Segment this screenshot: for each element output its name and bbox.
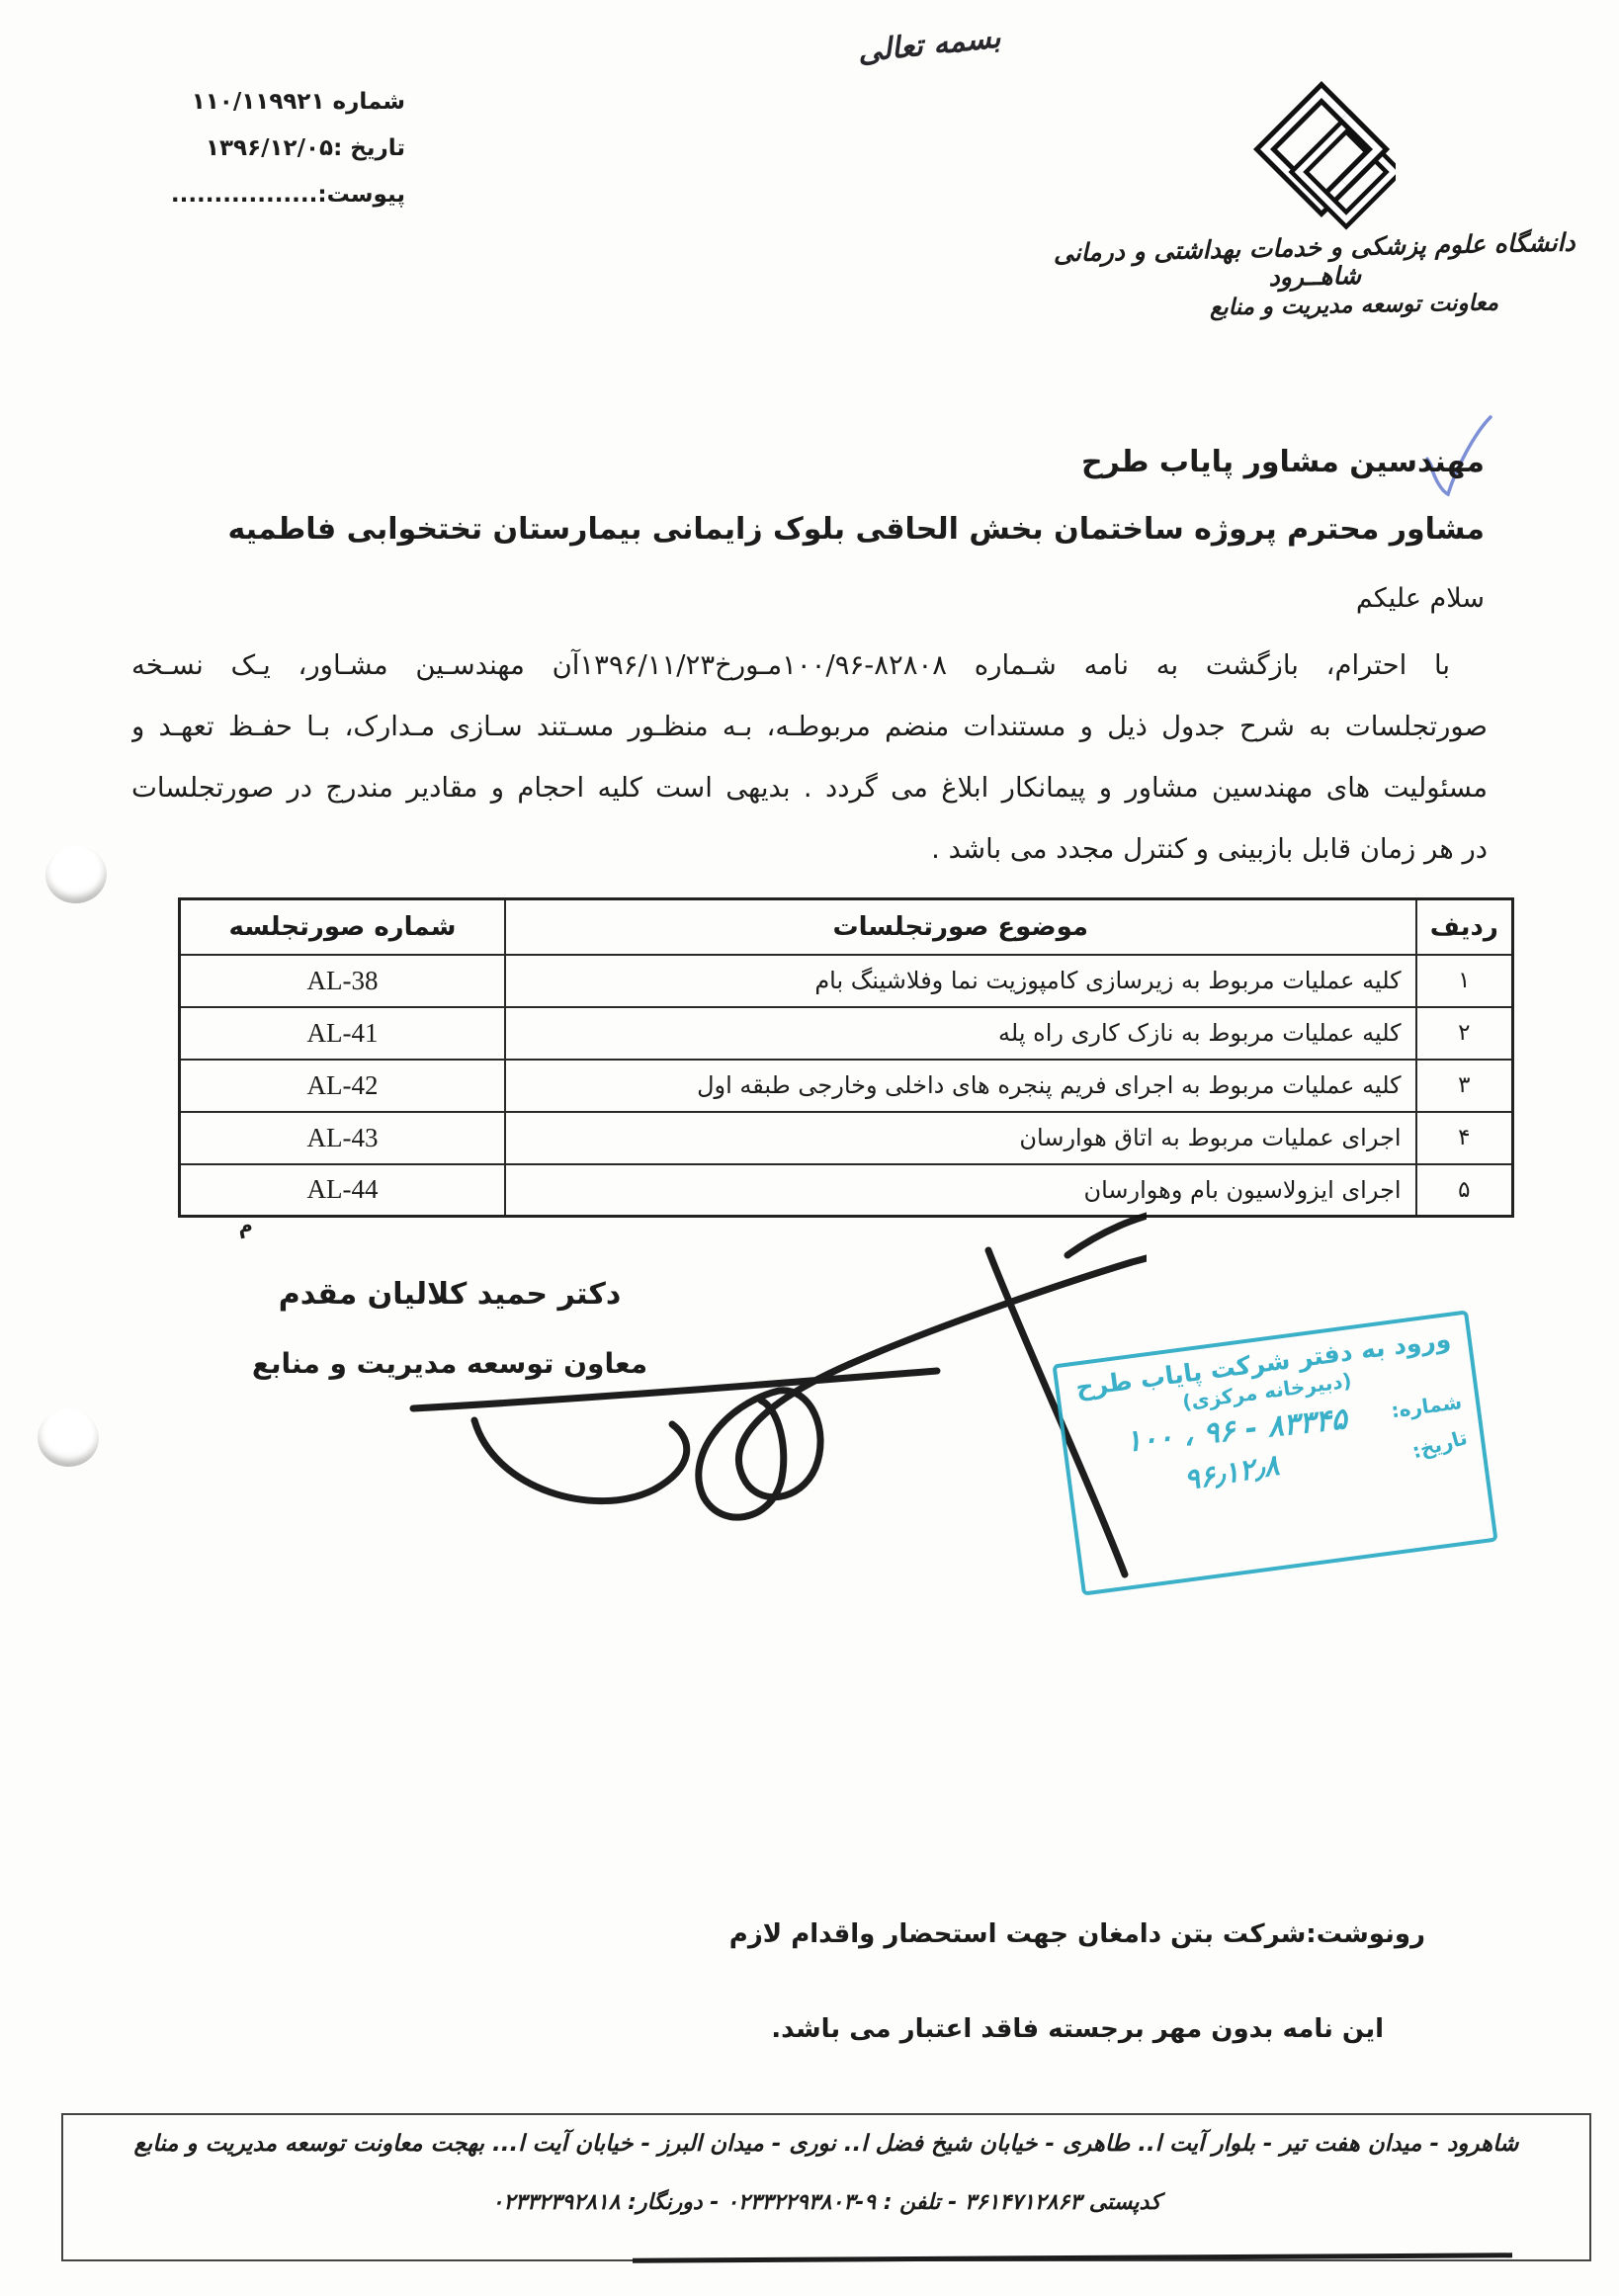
- footer-address-box: شاهرود - میدان هفت تیر - بلوار آیت ا.. ط…: [61, 2113, 1591, 2261]
- col-header-minute-number: شماره صورتجلسه: [180, 899, 505, 955]
- letter-attachment-value: .................: [171, 182, 318, 208]
- scanned-letter-page: بسمه تعالی شماره ۱۱۰/۱۱۹۹۲۱ تاریخ :۱۳۹۶/…: [0, 0, 1619, 2296]
- subject-cell: کلیه عملیات مربوط به نازک کاری راه پله: [505, 1007, 1416, 1060]
- besmele-calligraphy: بسمه تعالی: [770, 11, 1088, 78]
- row-number-cell: ۲: [1416, 1007, 1513, 1060]
- letter-number-label: شماره: [333, 89, 406, 115]
- table-row: ۵ اجرای ایزولاسیون بام وهوارسان AL-44: [180, 1164, 1513, 1217]
- footer-address-line: شاهرود - میدان هفت تیر - بلوار آیت ا.. ط…: [63, 2131, 1589, 2157]
- handwritten-signature: [297, 1161, 1147, 1606]
- subject-cell: اجرای ایزولاسیون بام وهوارسان: [505, 1164, 1416, 1217]
- letter-number-value: ۱۱۰/۱۱۹۹۲۱: [192, 89, 325, 115]
- validity-note: این نامه بدون مهر برجسته فاقد اعتبار می …: [771, 2014, 1384, 2044]
- row-number-cell: ۵: [1416, 1164, 1513, 1217]
- cc-note: رونوشت:شرکت بتن دامغان جهت استحضار واقدا…: [729, 1919, 1425, 1949]
- minute-number-cell: AL-42: [180, 1060, 505, 1112]
- minute-number-cell: AL-38: [180, 955, 505, 1007]
- minute-number-cell: AL-44: [180, 1164, 505, 1217]
- university-name: دانشگاه علوم پزشکی و خدمات بهداشتی و درم…: [1027, 227, 1601, 297]
- row-number-cell: ۱: [1416, 955, 1513, 1007]
- deputy-name: معاونت توسعه مدیریت و منابع: [1166, 290, 1542, 322]
- col-header-subject: موضوع صورتجلسات: [505, 899, 1416, 955]
- stamp-date-label: تاریخ:: [1409, 1425, 1470, 1463]
- letter-date-line: تاریخ :۱۳۹۶/۱۲/۰۵: [109, 126, 405, 172]
- body-line: در هر زمان قابل بازبینی و کنترل مجدد می …: [131, 818, 1488, 880]
- table-row: ۳ کلیه عملیات مربوط به اجرای فریم پنجره …: [180, 1060, 1513, 1112]
- university-knot-logo: [1247, 81, 1396, 231]
- minutes-table: ردیف موضوع صورتجلسات شماره صورتجلسه ۱ کل…: [178, 897, 1514, 1218]
- row-number-cell: ۳: [1416, 1060, 1513, 1112]
- minute-number-cell: AL-43: [180, 1112, 505, 1164]
- subject-cell: کلیه عملیات مربوط به اجرای فریم پنجره ها…: [505, 1060, 1416, 1112]
- recipient-project-line: مشاور محترم پروژه ساختمان بخش الحاقی بلو…: [227, 512, 1485, 547]
- letter-attachment-line: پیوست:.................: [109, 172, 405, 218]
- body-line: با احترام، بازگشت به نامه شـماره ۸۲۸۰۸-۱…: [131, 635, 1488, 696]
- body-line: صورتجلسات به شرح جدول ذیل و مستندات منضم…: [131, 696, 1488, 757]
- letter-meta-block: شماره ۱۱۰/۱۱۹۹۲۱ تاریخ :۱۳۹۶/۱۲/۰۵ پیوست…: [109, 79, 405, 218]
- letter-date-value: ۱۳۹۶/۱۲/۰۵: [206, 135, 333, 161]
- salutation-line: سلام علیکم: [1356, 583, 1485, 614]
- subject-cell: کلیه عملیات مربوط به زیرسازی کامپوزیت نم…: [505, 955, 1416, 1007]
- table-row: ۲ کلیه عملیات مربوط به نازک کاری راه پله…: [180, 1007, 1513, 1060]
- table-row: ۱ کلیه عملیات مربوط به زیرسازی کامپوزیت …: [180, 955, 1513, 1007]
- table-header-row: ردیف موضوع صورتجلسات شماره صورتجلسه: [180, 899, 1513, 955]
- recipient-company-line: مهندسین مشاور پایاب طرح: [1081, 445, 1485, 479]
- stamp-number-label: شماره:: [1390, 1390, 1463, 1422]
- punch-hole-artifact: [36, 1407, 101, 1469]
- col-header-row-number: ردیف: [1416, 899, 1513, 955]
- signatory-name: دکتر حمید کلالیان مقدم: [242, 1277, 657, 1312]
- receive-stamp: ورود به دفتر شرکت پایاب طرح (دبیرخانه مر…: [1052, 1310, 1497, 1595]
- footer-contact-line: کدپستی ۳۶۱۴۷۱۲۸۶۳ - تلفن : ۹-۰۲۳۳۲۲۹۳۸۰۳…: [63, 2190, 1589, 2215]
- body-line: مسئولیت های مهندسین مشاور و پیمانکار ابل…: [131, 757, 1488, 818]
- row-number-cell: ۴: [1416, 1112, 1513, 1164]
- letter-attachment-label: پیوست:: [317, 182, 405, 208]
- minute-number-cell: AL-41: [180, 1007, 505, 1060]
- signatory-block: دکتر حمید کلالیان مقدم معاون توسعه مدیری…: [242, 1277, 657, 1380]
- letter-body-paragraph: با احترام، بازگشت به نامه شـماره ۸۲۸۰۸-۱…: [131, 635, 1488, 880]
- table-row: ۴ اجرای عملیات مربوط به اتاق هوارسان AL-…: [180, 1112, 1513, 1164]
- punch-hole-artifact: [42, 842, 110, 907]
- letter-date-label: تاریخ :: [333, 135, 405, 161]
- subject-cell: اجرای عملیات مربوط به اتاق هوارسان: [505, 1112, 1416, 1164]
- letter-number-line: شماره ۱۱۰/۱۱۹۹۲۱: [109, 79, 405, 126]
- signatory-title: معاون توسعه مدیریت و منابع: [242, 1347, 657, 1380]
